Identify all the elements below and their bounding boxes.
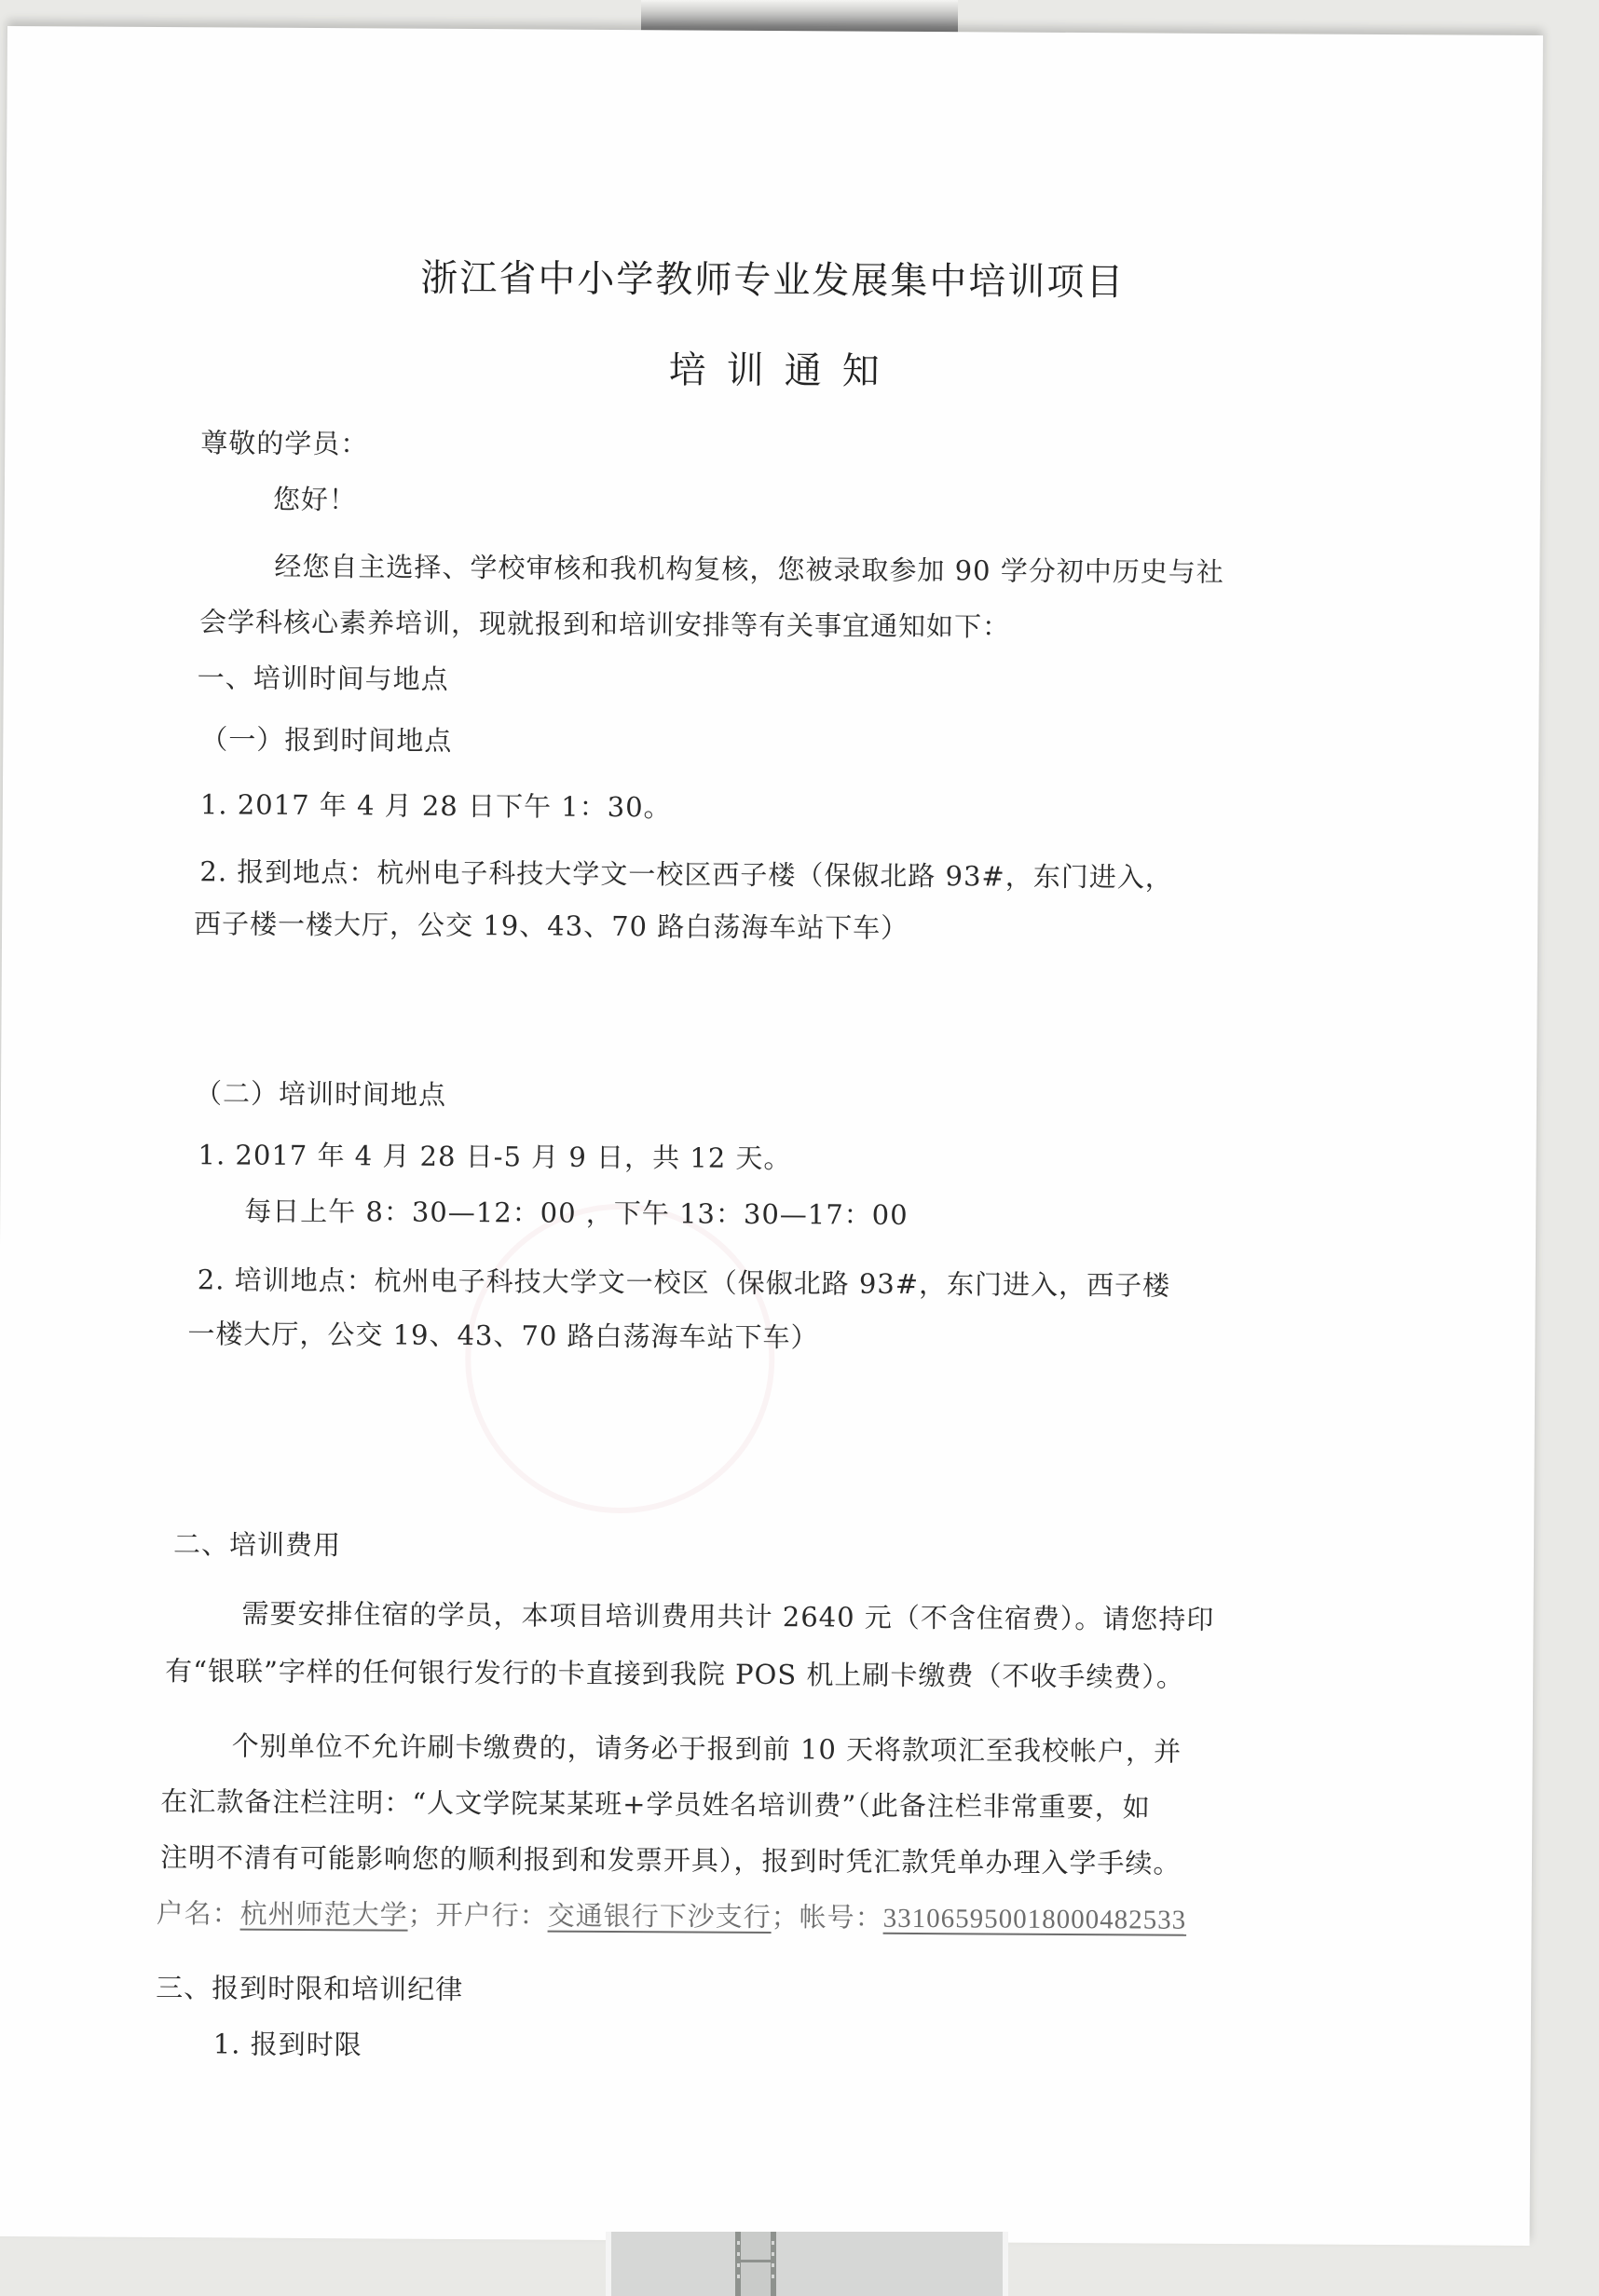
intro-line-2: 会学科核心素养培训，现就报到和培训安排等有关事宜通知如下： xyxy=(199,608,1010,640)
daily-schedule: 每日上午 8：30—12：00 ，下午 13：30—17：00 xyxy=(244,1198,909,1229)
account-number: 331065950018000482533 xyxy=(883,1904,1187,1935)
training-dates: 1. 2017 年 4 月 28 日-5 月 9 日，共 12 天。 xyxy=(198,1141,792,1172)
remittance-line-1: 个别单位不允许刷卡缴费的，请务必于报到前 10 天将款项汇至我校帐户，并 xyxy=(232,1733,1182,1766)
section-2-heading: 二、培训费用 xyxy=(173,1531,341,1559)
salutation: 尊敬的学员： xyxy=(200,430,368,458)
training-location-line-2: 一楼大厅，公交 19、43、70 路白荡海车站下车） xyxy=(187,1320,818,1351)
section-1-2-heading: （二）培训时间地点 xyxy=(195,1080,446,1109)
report-location-line-2: 西子楼一楼大厅，公交 19、43、70 路白荡海车站下车） xyxy=(194,910,909,942)
document-title: 浙江省中小学教师专业发展集中培训项目 xyxy=(420,260,1125,302)
document-subtitle: 培训通知 xyxy=(669,351,900,390)
bank-account-line: 户名：杭州师范大学；开户行：交通银行下沙支行；帐号：33106595001800… xyxy=(157,1900,1187,1934)
bank-label: ；开户行： xyxy=(408,1899,548,1932)
scanner-bottom-artifact xyxy=(606,2232,1008,2296)
section-1-1-heading: （一）报到时间地点 xyxy=(200,726,452,755)
remittance-line-3: 注明不清有可能影响您的顺利报到和发票开具），报到时凭汇款凭单办理入学手续。 xyxy=(160,1844,1182,1878)
greeting: 您好！ xyxy=(273,486,357,514)
account-holder: 杭州师范大学 xyxy=(240,1898,408,1931)
film-strip-icon xyxy=(728,2232,784,2296)
remittance-line-2: 在汇款备注栏注明：“人文学院某某班+学员姓名培训费”（此备注栏非常重要，如 xyxy=(160,1788,1151,1821)
fee-paragraph-line-2: 有“银联”字样的任何银行发行的卡直接到我院 POS 机上刷卡缴费（不收手续费）。 xyxy=(165,1658,1184,1691)
report-time: 1. 2017 年 4 月 28 日下午 1：30。 xyxy=(200,791,672,821)
section-3-heading: 三、报到时限和培训纪律 xyxy=(156,1975,463,2003)
document-page: 浙江省中小学教师专业发展集中培训项目 培训通知 尊敬的学员： 您好！ 经您自主选… xyxy=(0,26,1543,2246)
notice-document: 浙江省中小学教师专业发展集中培训项目 培训通知 尊敬的学员： 您好！ 经您自主选… xyxy=(0,26,1543,2246)
report-location-line-1: 2. 报到地点：杭州电子科技大学文一校区西子楼（保俶北路 93#，东门进入， xyxy=(199,858,1172,891)
intro-line-1: 经您自主选择、学校审核和我机构复核，您被录取参加 90 学分初中历史与社 xyxy=(274,553,1224,586)
account-number-label: ；帐号： xyxy=(772,1901,883,1934)
report-deadline-heading: 1. 报到时限 xyxy=(213,2030,362,2058)
training-location-line-1: 2. 培训地点：杭州电子科技大学文一校区（保俶北路 93#，东门进入，西子楼 xyxy=(198,1266,1170,1299)
section-1-heading: 一、培训时间与地点 xyxy=(198,664,449,693)
fee-paragraph-line-1: 需要安排住宿的学员，本项目培训费用共计 2640 元（不含住宿费）。请您持印 xyxy=(242,1601,1215,1633)
account-holder-label: 户名： xyxy=(157,1897,240,1930)
bank-name: 交通银行下沙支行 xyxy=(548,1900,772,1933)
